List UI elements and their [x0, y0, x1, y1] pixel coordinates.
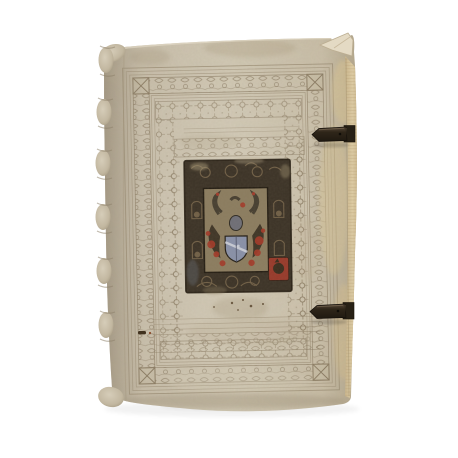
- book-photo: [0, 0, 458, 458]
- photo-stage: [0, 0, 458, 458]
- panel-grain: [184, 159, 292, 292]
- armorial-panel: [184, 157, 292, 294]
